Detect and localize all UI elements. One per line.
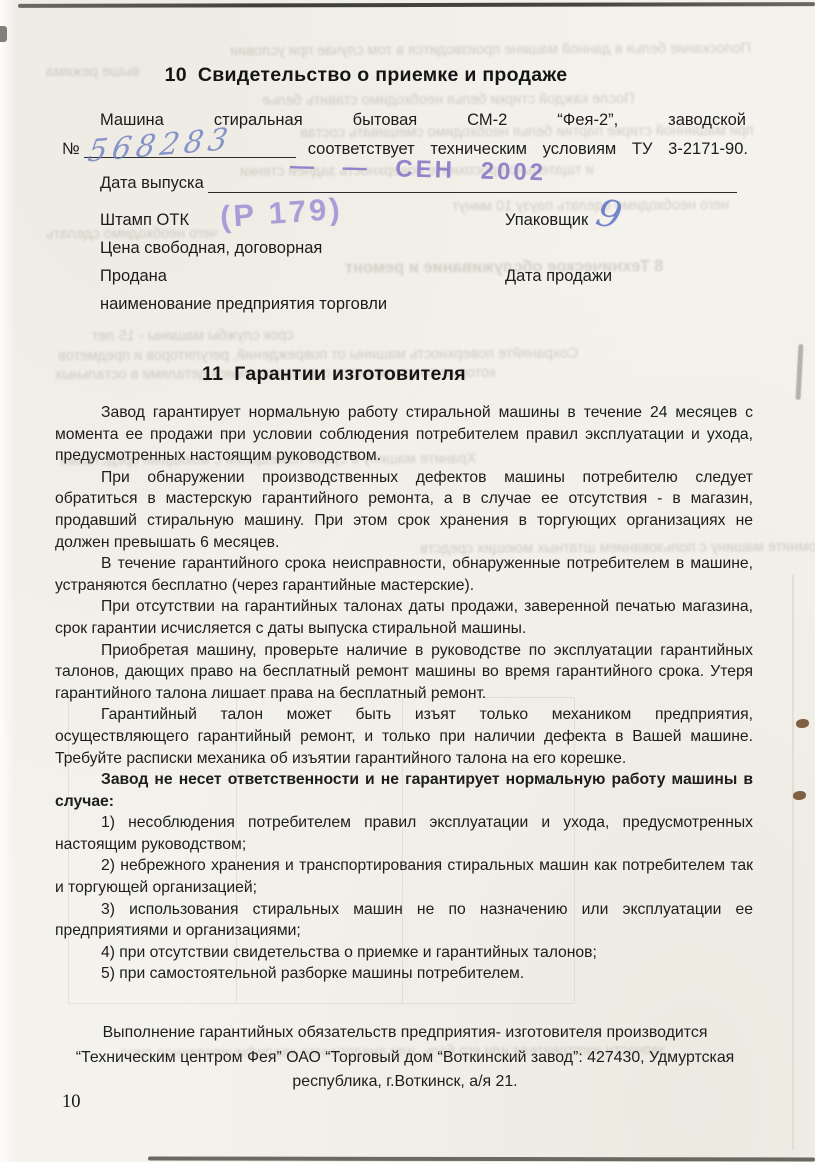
manufacture-date-row: Дата выпуска — — СЕН 2002 — [100, 170, 737, 193]
warranty-bold-paragraph: Завод не несет ответственности и не гара… — [55, 769, 753, 812]
warranty-body: Завод гарантирует нормальную работу стир… — [55, 402, 753, 985]
bleedthrough-text: него необходимо сделать паузу 10 минут — [452, 197, 729, 214]
page-edge-top — [18, 2, 815, 7]
warranty-paragraph: Завод гарантирует нормальную работу стир… — [55, 402, 753, 467]
staple-mark — [796, 719, 809, 728]
bleedthrough-text: выше режима — [46, 64, 140, 80]
warranty-paragraph: При отсутствии на гарантийных талонах да… — [55, 596, 753, 639]
warranty-case-item: 1) несоблюдения потребителем правил эксп… — [55, 812, 753, 855]
page-edge-highlight — [0, 0, 16, 1162]
serial-number-symbol: № — [62, 140, 80, 159]
staple-mark — [793, 791, 806, 800]
manufacture-date-stamp: — — СЕН 2002 — [289, 153, 546, 188]
packer-label: Упаковщик — [505, 211, 588, 230]
section-11-title: Гарантии изготовителя — [234, 363, 466, 385]
page-number: 10 — [62, 1092, 81, 1113]
trade-org-caption: наименование предприятия торговли — [100, 295, 387, 314]
bleedthrough-text: Полоскание белья в данной машине произво… — [230, 41, 751, 60]
sale-date-label: Дата продажи — [505, 267, 612, 286]
section-10-heading: 10Свидетельство о приемке и продаже — [165, 64, 568, 87]
warranty-paragraph: В течение гарантийного срока неисправнос… — [55, 553, 753, 596]
ink-smudge — [796, 344, 804, 400]
price-label: Цена свободная, договорная — [100, 239, 322, 258]
page-crease — [792, 575, 794, 1150]
manufacture-date-blank-line: — — СЕН 2002 — [208, 170, 737, 193]
page-edge-bottom — [148, 1157, 815, 1162]
section-11-number: 11 — [202, 363, 223, 385]
warranty-case-item: 2) небрежного хранения и транспортирован… — [55, 855, 753, 898]
bleedthrough-text: срок службы машины - 15 лет — [92, 327, 294, 344]
section-10-title: Свидетельство о приемке и продаже — [198, 64, 568, 86]
warranty-paragraph: При обнаружении производственных дефекто… — [55, 467, 753, 553]
warranty-case-item: 4) при отсутствии свидетельства о приемк… — [55, 942, 753, 964]
fulfillment-paragraph: Выполнение гарантийных обязательств пред… — [55, 1021, 755, 1095]
warranty-paragraph: Гарантийный талон может быть изъят тольк… — [55, 704, 753, 769]
manufacture-date-label: Дата выпуска — [100, 174, 204, 193]
page-edge-corner-mark — [0, 26, 7, 42]
scanned-manual-page: Полоскание белья в данной машине произво… — [0, 0, 815, 1162]
section-10-number: 10 — [165, 64, 187, 86]
bleedthrough-text: После каждой стирки белья необходимо ста… — [262, 91, 635, 109]
section-11-heading: 11Гарантии изготовителя — [202, 363, 466, 386]
serial-number-blank-line: 568283 — [84, 137, 296, 158]
warranty-case-item: 5) при самостоятельной разборке машины п… — [55, 963, 753, 985]
sold-label: Продана — [100, 267, 167, 286]
bleedthrough-text: Сохраняйте поверхность машины от поврежд… — [58, 346, 578, 365]
warranty-paragraph: Приобретая машину, проверьте наличие в р… — [55, 640, 753, 705]
otk-stamp-label: Штамп ОТК — [100, 211, 189, 230]
otk-stamp-imprint: (Р 179) — [219, 191, 344, 235]
warranty-case-item: 3) использования стиральных машин не по … — [55, 899, 753, 942]
